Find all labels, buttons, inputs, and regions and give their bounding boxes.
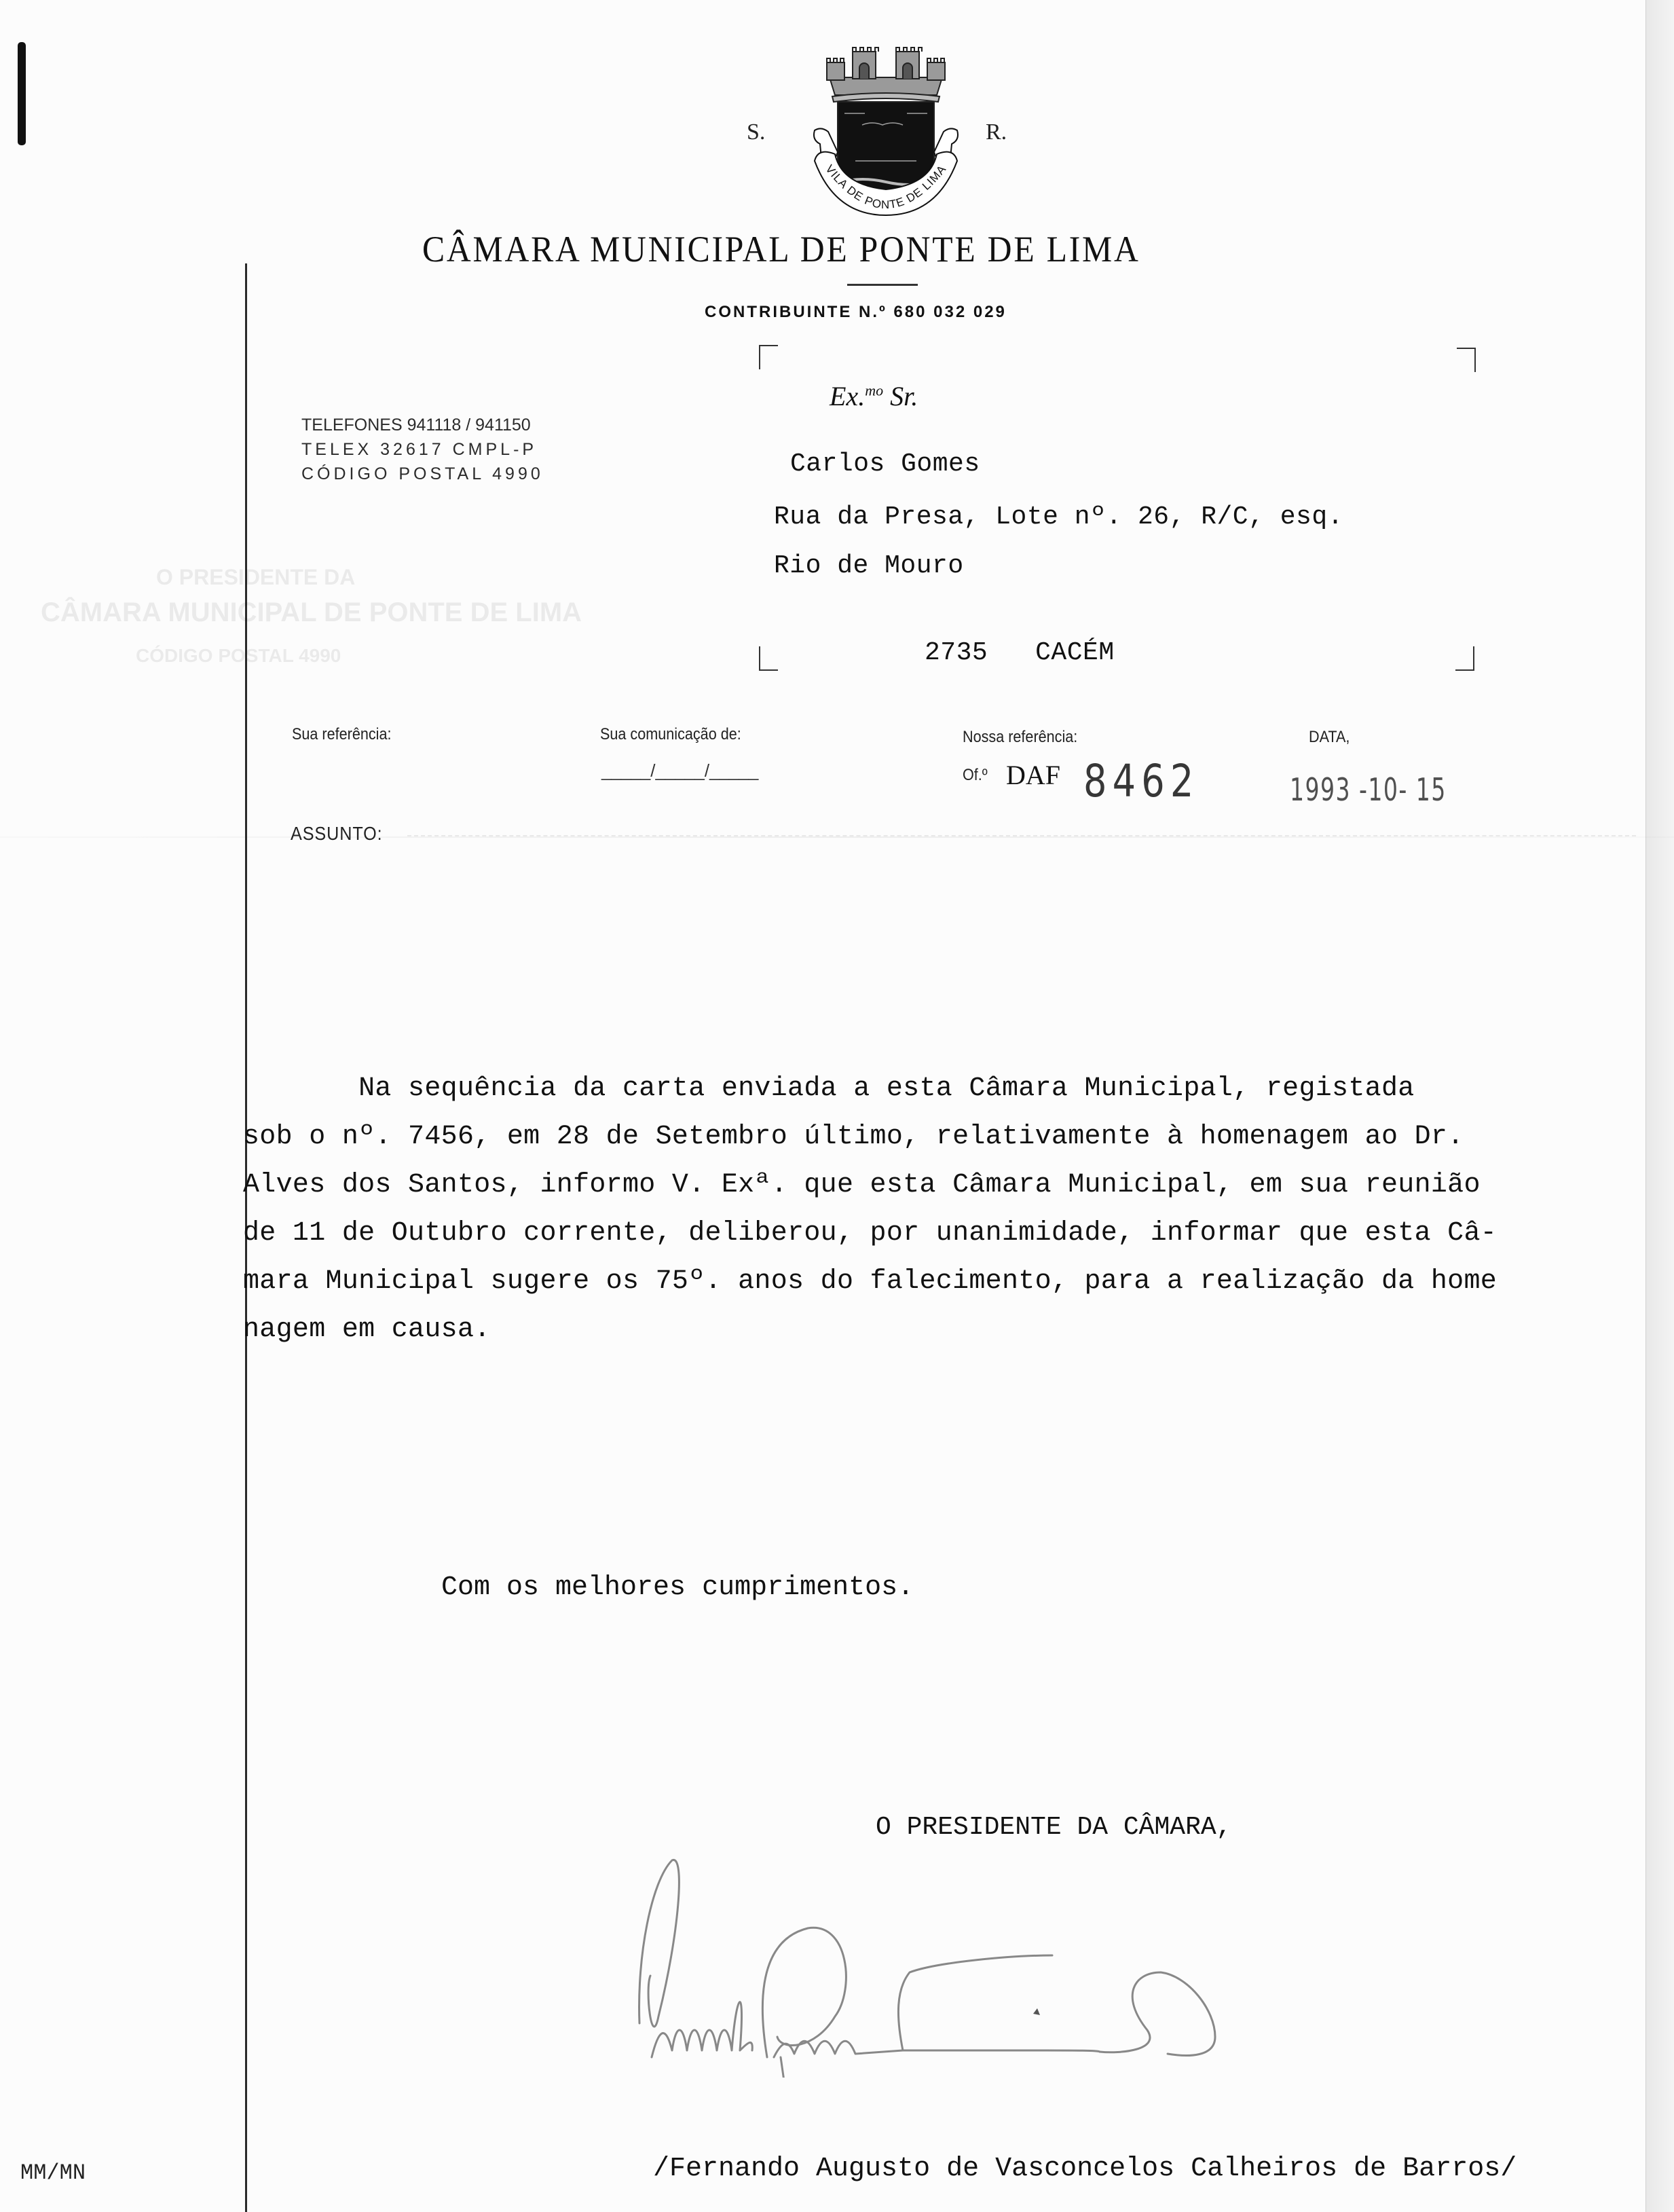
- your-communication-date: _____/_____/_____: [601, 760, 758, 781]
- address-corner-top-right: [1457, 348, 1476, 372]
- body-line: mara Municipal sugere os 75º. anos do fa…: [243, 1257, 1533, 1306]
- letter-body: Na sequência da carta enviada a esta Câm…: [243, 1065, 1533, 1354]
- address-corner-bottom-left: [759, 646, 778, 671]
- ghost-stamp-line-2: CÂMARA MUNICIPAL DE PONTE DE LIMA: [41, 597, 582, 628]
- binder-mark: [18, 42, 26, 145]
- recipient-postal-code: 2735 CACÉM: [925, 638, 1115, 667]
- subject-label: ASSUNTO:: [291, 823, 383, 845]
- address-corner-bottom-right: [1455, 646, 1474, 671]
- recipient-locality: Rio de Mouro: [774, 551, 964, 580]
- body-line: sob o nº. 7456, em 28 de Setembro último…: [243, 1113, 1533, 1161]
- phone-line: TELEFONES 941118 / 941150: [301, 413, 544, 437]
- scan-page-edge: [1645, 0, 1674, 2212]
- our-reference-prefix: Of.º: [963, 766, 988, 785]
- recipient-name: Carlos Gomes: [790, 449, 980, 479]
- our-reference-number-stamp: 8462: [1083, 755, 1199, 807]
- ghost-stamp-line-3: CÓDIGO POSTAL 4990: [136, 645, 341, 667]
- body-line: Alves dos Santos, informo V. Exª. que es…: [243, 1161, 1533, 1209]
- salutation-main: Ex.: [830, 381, 865, 411]
- municipal-crest-icon: VILA DE PONTE DE LIMA: [787, 42, 984, 225]
- subject-line: [407, 835, 1636, 837]
- salutation-title: Sr.: [890, 381, 918, 411]
- body-line: nagem em causa.: [243, 1306, 1533, 1354]
- salutation-superscript: mo: [865, 382, 883, 399]
- organization-title: CÂMARA MUNICIPAL DE PONTE DE LIMA: [422, 228, 1140, 270]
- contact-block: TELEFONES 941118 / 941150 TELEX 32617 CM…: [301, 413, 544, 486]
- title-divider: [847, 284, 918, 286]
- signatory-role: O PRESIDENTE DA CÂMARA,: [876, 1813, 1232, 1842]
- our-reference-label: Nossa referência:: [963, 728, 1077, 747]
- signatory-name: /Fernando Augusto de Vasconcelos Calheir…: [653, 2154, 1517, 2184]
- date-stamp: 1993 -10- 15: [1290, 771, 1447, 808]
- crest-left-mark: S.: [747, 119, 765, 145]
- crest-right-mark: R.: [986, 119, 1007, 145]
- your-communication-label: Sua comunicação de:: [600, 725, 741, 744]
- closing-line: Com os melhores cumprimentos.: [441, 1572, 914, 1603]
- recipient-street: Rua da Presa, Lote nº. 26, R/C, esq.: [774, 502, 1343, 532]
- handwritten-signature-icon: [631, 1854, 1500, 2078]
- typist-initials: MM/MN: [20, 2160, 86, 2186]
- salutation: Ex.mo Sr.: [830, 380, 918, 412]
- date-label: DATA,: [1309, 728, 1350, 747]
- our-reference-department: DAF: [1006, 759, 1060, 791]
- taxpayer-number: CONTRIBUINTE N.º 680 032 029: [705, 303, 1007, 322]
- ghost-stamp-line-1: O PRESIDENTE DA: [156, 565, 355, 590]
- your-reference-label: Sua referência:: [292, 725, 391, 744]
- body-line: Na sequência da carta enviada a esta Câm…: [243, 1065, 1533, 1113]
- postal-code-line: CÓDIGO POSTAL 4990: [301, 462, 544, 486]
- body-line: de 11 de Outubro corrente, deliberou, po…: [243, 1209, 1533, 1257]
- address-corner-top-left: [759, 345, 778, 369]
- telex-line: TELEX 32617 CMPL-P: [301, 437, 544, 462]
